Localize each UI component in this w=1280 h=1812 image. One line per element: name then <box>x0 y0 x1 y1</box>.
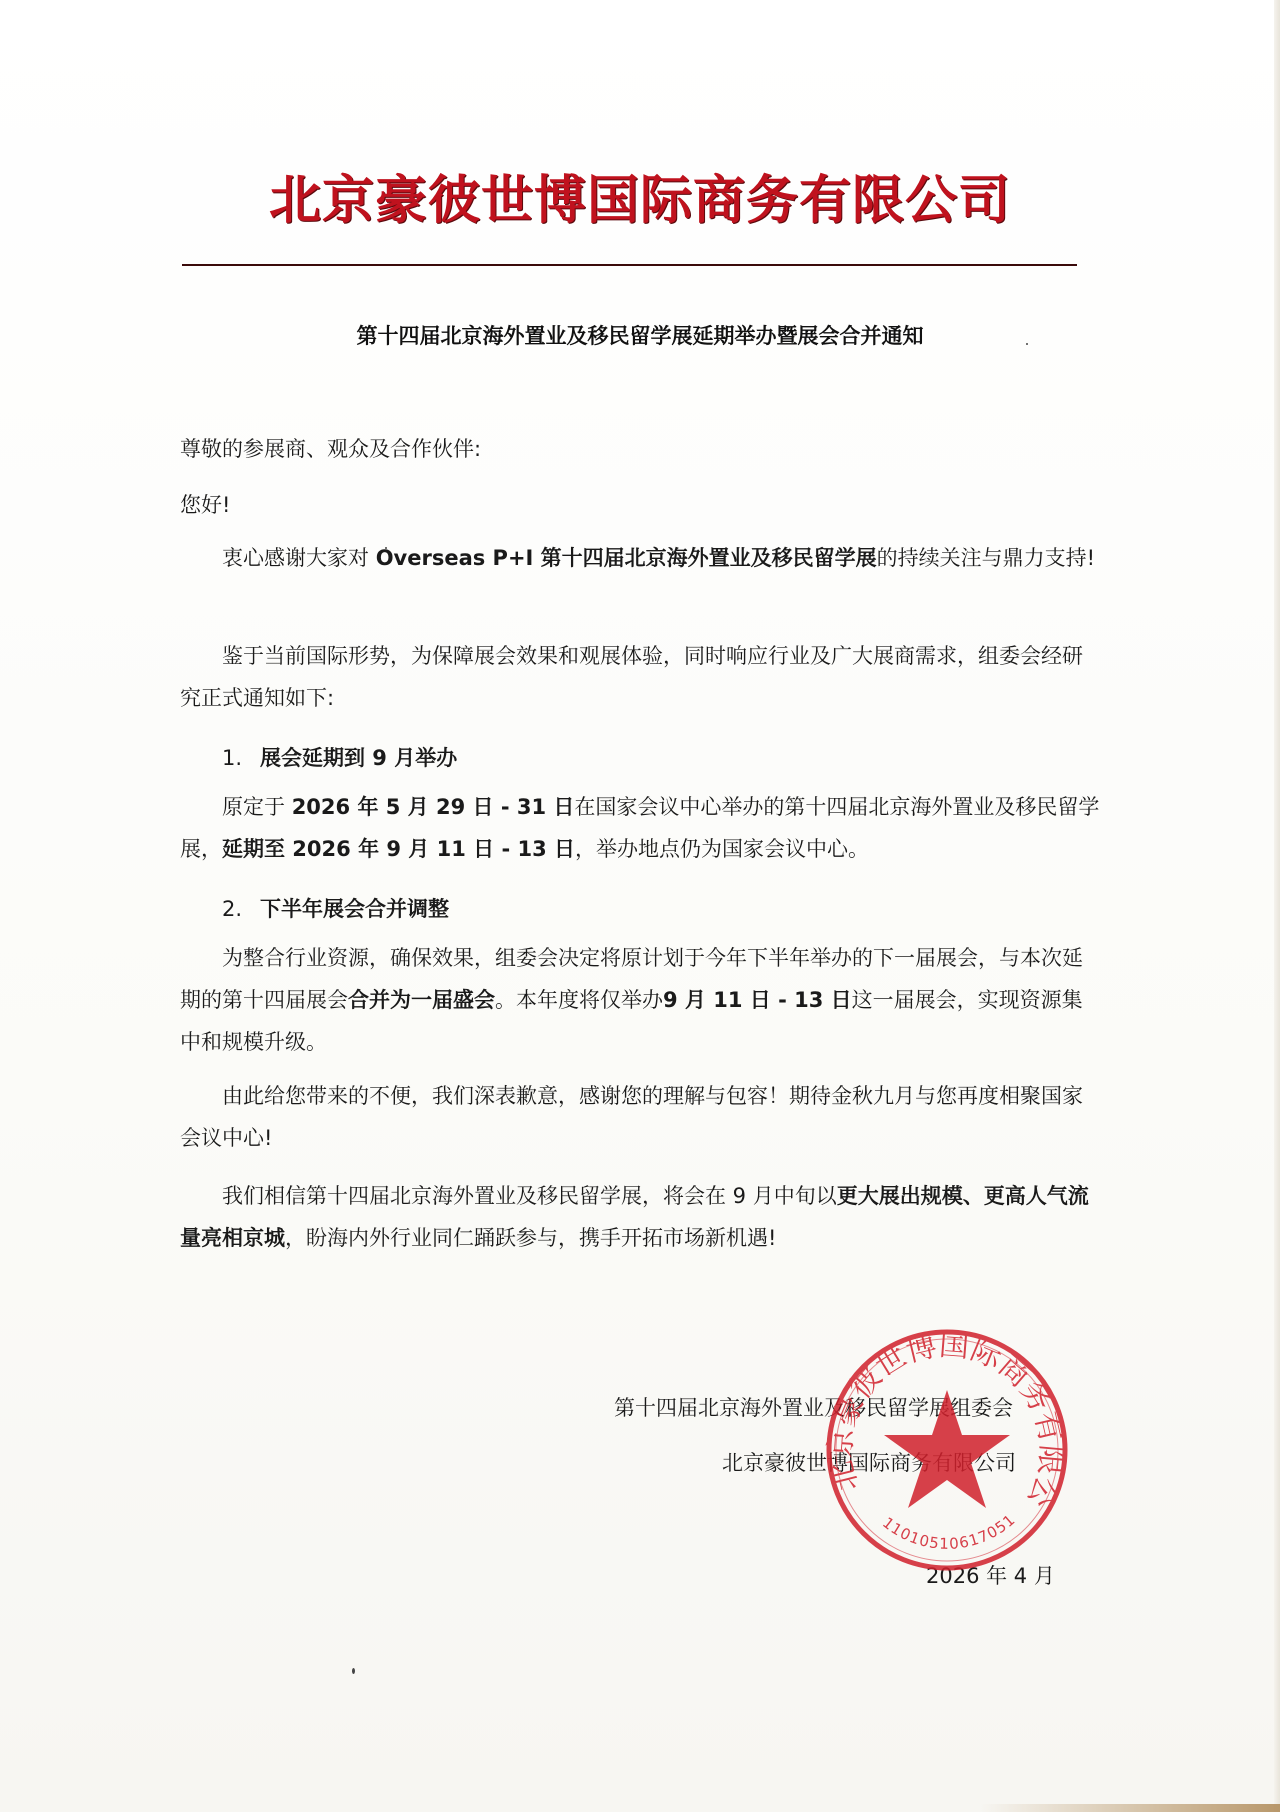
paper-edge <box>1274 0 1280 1812</box>
company-seal-icon: 北京豪彼世博国际商务有限公司 11010510617051 <box>822 1325 1072 1575</box>
svg-text:11010510617051: 11010510617051 <box>879 1510 1019 1553</box>
item-1-heading: 1.展会延期到 9 月举办 <box>222 742 457 772</box>
paragraph-thanks: 衷心感谢大家对 Overseas P+I 第十四届北京海外置业及移民留学展的持续… <box>180 537 1100 579</box>
paragraph-closing: 我们相信第十四届北京海外置业及移民留学展，将会在 9 月中旬以更大展出规模、更高… <box>180 1175 1100 1259</box>
paragraph-notice-intro: 鉴于当前国际形势，为保障展会效果和观展体验，同时响应行业及广大展商需求，组委会经… <box>180 635 1100 719</box>
letterhead-company-name: 北京豪彼世博国际商务有限公司 <box>0 158 1280 233</box>
paragraph-apology: 由此给您带来的不便，我们深表歉意，感谢您的理解与包容！期待金秋九月与您再度相聚国… <box>180 1075 1100 1159</box>
paper-speck <box>1026 343 1028 345</box>
letter-page: 北京豪彼世博国际商务有限公司 第十四届北京海外置业及移民留学展延期举办暨展会合并… <box>0 0 1280 1812</box>
greeting: 您好! <box>180 484 1100 526</box>
seal-code: 11010510617051 <box>879 1510 1019 1553</box>
notice-title: 第十四届北京海外置业及移民留学展延期举办暨展会合并通知 <box>0 320 1280 350</box>
item-2-heading: 2.下半年展会合并调整 <box>222 893 449 923</box>
paper-speck <box>385 547 387 549</box>
exhibition-name: Overseas P+I 第十四届北京海外置业及移民留学展 <box>376 546 877 570</box>
salutation: 尊敬的参展商、观众及合作伙伴: <box>180 428 1100 470</box>
item-2-text: 为整合行业资源，确保效果，组委会决定将原计划于今年下半年举办的下一届展会，与本次… <box>180 937 1100 1063</box>
letterhead-divider <box>182 264 1077 266</box>
paper-speck <box>352 1668 355 1674</box>
paper-edge-shadow <box>980 1804 1280 1812</box>
item-1-text: 原定于 2026 年 5 月 29 日 - 31 日在国家会议中心举办的第十四届… <box>180 786 1100 870</box>
